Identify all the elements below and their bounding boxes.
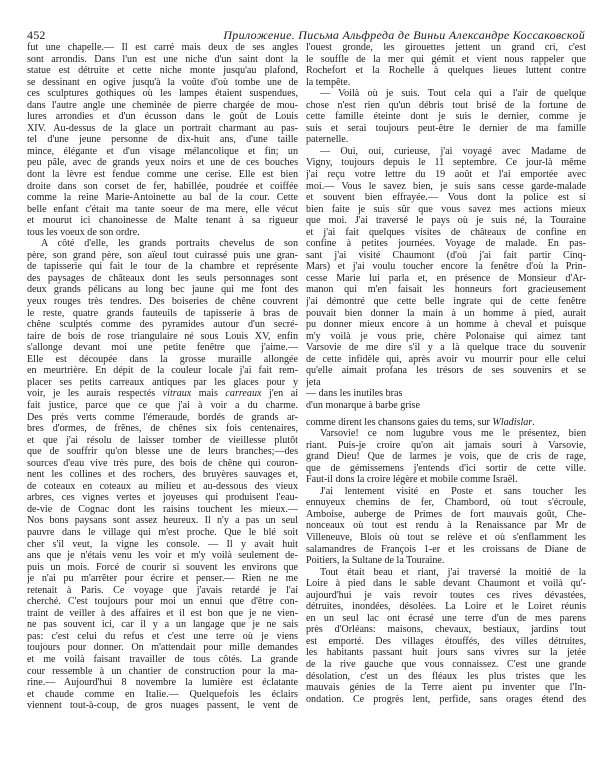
text-line: rine.— Aujourd'hui 8 novembre la lumière… <box>27 677 298 689</box>
text-line: Poitiers, la Sultane de la Touraine. <box>306 555 586 567</box>
text-line: Nos bons paysans sont assez heureux. Il … <box>27 515 298 527</box>
text-line: bien faite je suis sûr que vous savez me… <box>306 204 586 216</box>
text-line: père, son grand père, son aïeul tout cui… <box>27 250 298 262</box>
text-line: mauvais génies de la Terre aient pu inve… <box>306 682 586 694</box>
text-line: chêne sculptés comme des pyramides autou… <box>27 319 298 331</box>
text-line: l'ouest gronde, les girouettes jettent u… <box>306 42 586 54</box>
text-line: ces sculptures gothiques où les lampes é… <box>27 88 298 100</box>
text-line: sont arrondis. Dans l'un est une niche d… <box>27 54 298 66</box>
text-line: et j'ai fait quelques visites de château… <box>306 227 586 239</box>
running-head: Приложение. Письма Альфреда де Виньи Але… <box>223 28 585 43</box>
text-line: chose n'est rien qu'un débris tout brisé… <box>306 100 586 112</box>
page-number: 452 <box>27 28 46 43</box>
right-column-prose-before-verse: l'ouest gronde, les girouettes jettent u… <box>306 42 586 388</box>
text-line: ans que je n'étais venu les voir et m'y … <box>27 550 298 562</box>
left-column: fut une chapelle.— Il est carré mais deu… <box>27 42 298 712</box>
text-line: salamandres de François 1-er et les croi… <box>306 544 586 556</box>
text-line: je n'ai pu m'arrêter pour écrire et pens… <box>27 573 298 585</box>
text-line: dans l'autre angle une cheminée de pierr… <box>27 100 298 112</box>
text-line: j'ai reçu votre lettre du 19 août et l'a… <box>306 169 586 181</box>
text-line: de cette infidèle qui, après avoir vu mo… <box>306 354 586 366</box>
text-line: cher s'il veut, la vigne les console. — … <box>27 539 298 551</box>
text-line: de tapisserie qui fait le tour de la cha… <box>27 261 298 273</box>
italic-term: vitraux <box>163 388 192 399</box>
text-line: sant j'ai visité Chaumont (d'où j'ai fai… <box>306 250 586 262</box>
text-line: Tout était beau et riant, j'ai traversé … <box>306 567 586 579</box>
text-line: tous les voeux de son ordre. <box>27 227 298 239</box>
verse-quotation: — dans les inutiles brasd'un monarque à … <box>306 388 586 411</box>
text-line: des paysages de châteaux dont les seuls … <box>27 273 298 285</box>
italic-term: Wladislar <box>492 417 532 428</box>
text-line: est emporté. Des villages étouffés, des … <box>306 636 586 648</box>
text-line: paternelle. <box>306 134 586 146</box>
text-line: Loire à pied dans le sable devant Chaumo… <box>306 578 586 590</box>
text-line: mince, élégante et d'un visage mélancoli… <box>27 146 298 158</box>
text-line: taire de bois de rose triangulaire né so… <box>27 331 298 343</box>
text-line: A côté d'elle, les grands portraits chev… <box>27 238 298 250</box>
text-line: en meurtrière. En dépit de la couleur lo… <box>27 365 298 377</box>
text-line: sources d'eau vive très pure, des bois d… <box>27 458 298 470</box>
text-line: de la rive gauche que vous connaissez. C… <box>306 659 586 671</box>
text-line: Amboise, auberge de Primes de fort mauva… <box>306 509 586 521</box>
text-line: Varsovie! ce nom lugubre vous me le prés… <box>306 428 586 440</box>
text-line: peu pâle, avec de grands yeux noirs et u… <box>27 157 298 169</box>
text-line: près d'Orléans: maisons, chevaux, bestia… <box>306 624 586 636</box>
verse-line: d'un monarque à barbe grise <box>306 400 586 412</box>
text-line: se dessinant en ogive jusqu'à la voûte d… <box>27 77 298 89</box>
text-line: la tempête. <box>306 77 586 89</box>
text-line: Villeneuve, Blois où tout se relève et o… <box>306 532 586 544</box>
italic-term: carreaux <box>225 388 261 399</box>
text-line: de-vie de Cognac dont les raisins touche… <box>27 504 298 516</box>
text-line: et mourut ici chanoinesse de Malte tenan… <box>27 215 298 227</box>
text-line: lures arrondies et d'un écusson dans le … <box>27 111 298 123</box>
text-line: cherché. C'est toujours pour moi un ennu… <box>27 596 298 608</box>
text-line: et me voilà faisant travailler de tous c… <box>27 654 298 666</box>
text-line: Elle est découpée dans la grosse muraill… <box>27 354 298 366</box>
text-line: retenait à Paris. Ce voyage que j'avais … <box>27 585 298 597</box>
text-line: moi.— Vous le savez bien, je suis sans c… <box>306 181 586 193</box>
verse-line: — dans les inutiles bras <box>306 388 586 400</box>
text-line: Varsovie de me dire s'il y a là quelque … <box>306 342 586 354</box>
text-line: et que j'ai résolu de laisser tomber de … <box>27 435 298 447</box>
text-line: et chaude comme en Italie.— Quelquefois … <box>27 689 298 701</box>
text-line: fait justice, parce que ce que j'ai à vo… <box>27 400 298 412</box>
text-line: cette famille éteinte dont je suis le de… <box>306 111 586 123</box>
text-line: Des prés verts comme l'émeraude, bordés … <box>27 412 298 424</box>
text-line: pu donner mieux encore à un homme à chev… <box>306 319 586 331</box>
text-line: manon qui m'en faisait les honneurs fort… <box>306 284 586 296</box>
text-line: bres d'ormes, de frênes, de chênes six f… <box>27 423 298 435</box>
text-line: jeta <box>306 377 586 389</box>
right-column-prose-after-verse: comme dirent les chansons gaies du tems,… <box>306 417 586 706</box>
text-line: XIV. Au-dessus de la glace un portrait c… <box>27 123 298 135</box>
text-line: que moi. J'ai traversé le pays où je sui… <box>306 215 586 227</box>
text-line: belle enfant c'était ma tante soeur de m… <box>27 204 298 216</box>
text-line: le reste, quatre grands fauteuils de tap… <box>27 308 298 320</box>
text-line: pouvait bien donner la main à un homme à… <box>306 308 586 320</box>
text-line: désolation, c'est un des fléaux les plus… <box>306 671 586 683</box>
text-line: aujourd'hui je vais revoir toutes ces ri… <box>306 590 586 602</box>
text-line: Rochefort et la Rochelle à quelques lieu… <box>306 65 586 77</box>
text-line: tel d'une jeune personne de dix-huit ans… <box>27 134 298 146</box>
text-line: que de gémissemens j'entends d'ici sorti… <box>306 463 586 475</box>
text-line: ennuyeux chemins de fer, Chambord, où to… <box>306 497 586 509</box>
text-line: — Voilà où je suis. Tout cela qui a l'ai… <box>306 88 586 100</box>
text-line: riant. Puis-je croire qu'on ait jamais s… <box>306 440 586 452</box>
text-line: ne pas souvent ici, car il y a un langag… <box>27 619 298 631</box>
text-line: Mars) et j'ai voulu toucher encore la fe… <box>306 261 586 273</box>
text-line: comme dirent les chansons gaies du tems,… <box>306 417 586 429</box>
text-line: m'y voilà je vous prie, chère Polonaise … <box>306 331 586 343</box>
text-line: — Oui, oui, curieuse, j'ai voyagé avec M… <box>306 146 586 158</box>
text-line: droite dans son corset de fer, habillée,… <box>27 181 298 193</box>
text-line: les habitants passant huit jours sans vi… <box>306 647 586 659</box>
text-line: traint de veiller à des affaires et il e… <box>27 608 298 620</box>
text-line: le souffle de la mer qui gémit et vient … <box>306 54 586 66</box>
text-line: qu'elle aimait profana les trésors de se… <box>306 365 586 377</box>
text-line: s'allonge devant moi une petite fenêtre … <box>27 342 298 354</box>
text-line: ondation. Ce progrès lent, perfide, sans… <box>306 694 586 706</box>
text-line: deux grands pélicans au long bec jaune q… <box>27 284 298 296</box>
text-line: dont la lèvre est fendue comme une ceris… <box>27 169 298 181</box>
text-line: toujours pour donner. On m'attendait pou… <box>27 642 298 654</box>
text-line: que de souffrir qu'on blesse une de leur… <box>27 446 298 458</box>
text-line: cour ressemble à un chantier de construc… <box>27 666 298 678</box>
text-line: pas: c'est celui du refus et c'est une t… <box>27 631 298 643</box>
text-line: puis un mois. Forcé de courir si souvent… <box>27 562 298 574</box>
right-column: l'ouest gronde, les girouettes jettent u… <box>306 42 586 705</box>
text-line: pauvre dans le village qui m'est proche.… <box>27 527 298 539</box>
text-line: statue est détruite et cette niche monte… <box>27 65 298 77</box>
text-line: placer ses petits carreaux antiques par … <box>27 377 298 389</box>
text-line: grand Dieu! Que de larmes je vois, que d… <box>306 451 586 463</box>
text-line: Vigny, toujours depuis le 11 septembre. … <box>306 157 586 169</box>
text-line: fut une chapelle.— Il est carré mais deu… <box>27 42 298 54</box>
text-line: yeux rouges très tendres. Des boiseries … <box>27 296 298 308</box>
text-line: comme la reine Marie-Antoinette au bal d… <box>27 192 298 204</box>
text-line: voir, je les aurais respectés vitraux ma… <box>27 388 298 400</box>
text-line: de coteaux en coteaux au milieu et au-de… <box>27 481 298 493</box>
text-line: j'ai démontré que cette belle ingrate qu… <box>306 296 586 308</box>
text-line: confine à petites journées. Voyage de ma… <box>306 238 586 250</box>
text-line: viennent tout-à-coup, de gros nuages pas… <box>27 700 298 712</box>
text-line: suis et serai toujours peut-être le dern… <box>306 123 586 135</box>
text-line: nonceaux où tout est rendu à la Renaissa… <box>306 520 586 532</box>
text-line: nent les collines et des rochers, des br… <box>27 469 298 481</box>
text-line: J'ai lentement visité en Poste et sans t… <box>306 486 586 498</box>
text-line: et souvent bien effrayée.— Vous dont la … <box>306 192 586 204</box>
text-line: en un seul lac ont écrasé une terre d'un… <box>306 613 586 625</box>
text-line: cesse Marie lui parla et, en présence de… <box>306 273 586 285</box>
text-line: arbres, ces vignes vertes et joyeuses qu… <box>27 492 298 504</box>
text-line: détruites, inondées, désolées. La Loire … <box>306 601 586 613</box>
text-line: Faut-il dons la croire légère et mobile … <box>306 474 586 486</box>
